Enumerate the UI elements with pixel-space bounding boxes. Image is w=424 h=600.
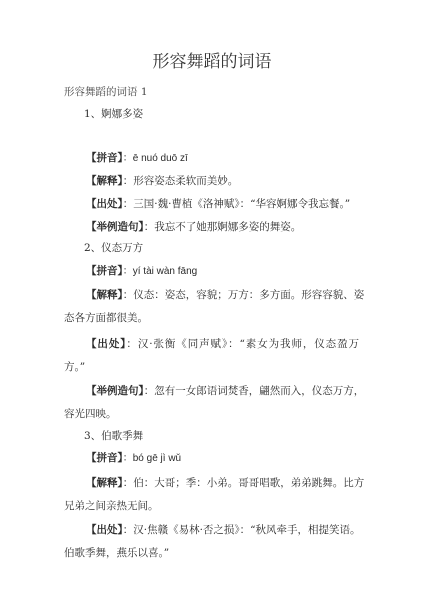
explain-label: 【解释】: [86, 289, 123, 301]
pinyin-label: 【拼音】: [86, 452, 123, 464]
explain-continuation: 态各方面都很美。: [64, 311, 148, 325]
entry-source: 【出处】：三国·魏·曹植《洛神赋》：“华容婀娜令我忘餐。”: [86, 197, 350, 211]
explain-text: ：伯：大哥；季：小弟。哥哥唱歌，弟弟跳舞。比方: [123, 477, 365, 489]
pinyin-text: ：bó gē jì wǔ: [123, 453, 181, 464]
explain-text: ：形容姿态柔软而美妙。: [123, 175, 239, 187]
entry-pinyin: 【拼音】：bó gē jì wǔ: [86, 451, 181, 466]
source-label: 【出处】: [86, 338, 126, 350]
section-subtitle: 形容舞蹈的词语 1: [64, 85, 148, 99]
source-text: ：汉·张衡《同声赋》：“素女为我师，仪态盈万: [126, 338, 359, 350]
entry-heading: 2、仪态万方: [84, 241, 143, 255]
explain-text: ：仪态：姿态，容貌；万方：多方面。形容容貌、姿: [123, 289, 365, 301]
entry-example: 【举例造句】：我忘不了她那婀娜多姿的舞姿。: [86, 220, 301, 234]
entry-explain: 【解释】：形容姿态柔软而美妙。: [86, 174, 238, 188]
entry-pinyin: 【拼音】：yí tài wàn fāng: [86, 264, 197, 279]
example-label: 【举例造句】: [86, 385, 144, 397]
source-continuation: 方。”: [64, 360, 85, 374]
source-text: ：三国·魏·曹植《洛神赋》：“华容婀娜令我忘餐。”: [123, 198, 350, 210]
example-text: ：忽有一女郎语词焚香，翩然而入，仪态万方，: [144, 385, 365, 397]
entry-source: 【出处】：汉·张衡《同声赋》：“素女为我师，仪态盈万: [86, 337, 359, 351]
example-label: 【举例造句】: [86, 221, 144, 233]
pinyin-text: ：ē nuó duō zī: [123, 153, 188, 164]
source-continuation: 伯歌季舞，燕乐以喜。”: [64, 546, 169, 560]
source-text: ：汉·焦赣《易林·否之损》：“秋风牵手，相提笑语。: [123, 524, 361, 536]
source-label: 【出处】: [86, 524, 123, 536]
pinyin-text: ：yí tài wàn fāng: [123, 266, 197, 277]
document-title: 形容舞蹈的词语: [0, 50, 424, 74]
explain-label: 【解释】: [86, 477, 123, 489]
explain-continuation: 兄弟之间亲热无间。: [64, 499, 159, 513]
entry-heading: 1、婀娜多姿: [84, 107, 143, 121]
entry-heading: 3、伯歌季舞: [84, 429, 143, 443]
pinyin-label: 【拼音】: [86, 152, 123, 164]
pinyin-label: 【拼音】: [86, 265, 123, 277]
entry-pinyin: 【拼音】：ē nuó duō zī: [86, 151, 188, 166]
entry-source: 【出处】：汉·焦赣《易林·否之损》：“秋风牵手，相提笑语。: [86, 523, 359, 537]
example-text: ：我忘不了她那婀娜多姿的舞姿。: [144, 221, 302, 233]
example-continuation: 容光四映。: [64, 407, 117, 421]
entry-example: 【举例造句】：忽有一女郎语词焚香，翩然而入，仪态万方，: [86, 384, 359, 398]
entry-explain: 【解释】：伯：大哥；季：小弟。哥哥唱歌，弟弟跳舞。比方: [86, 476, 359, 490]
source-label: 【出处】: [86, 198, 123, 210]
entry-explain: 【解释】：仪态：姿态，容貌；万方：多方面。形容容貌、姿: [86, 288, 359, 302]
explain-label: 【解释】: [86, 175, 123, 187]
